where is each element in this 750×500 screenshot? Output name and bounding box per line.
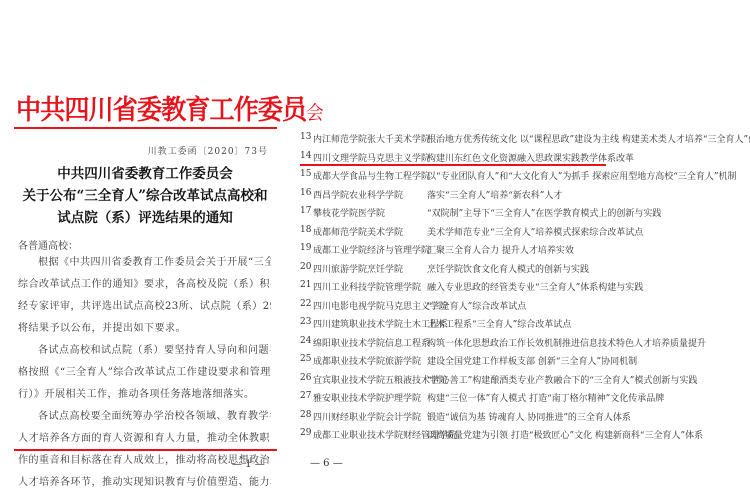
row-project: 构筑一体化思想政治工作长效机制推进信息技术特色人才培养质量提升	[427, 336, 706, 349]
document-page-6: 13内江师范学院张大千美术学院根治地方优秀传统文化 以“课程思政”建设为主线 构…	[290, 0, 750, 500]
list-row: 13内江师范学院张大千美术学院根治地方优秀传统文化 以“课程思政”建设为主线 构…	[290, 128, 750, 147]
row-school: 成都职业技术学院旅游学院	[313, 354, 421, 367]
paragraph-line: 将结果予以公布，并提出如下要求。	[18, 318, 271, 340]
salutation: 各普通高校：	[18, 237, 78, 252]
row-project: 汇聚三全育人合力 提升人才培养实效	[427, 243, 574, 256]
row-number: 28	[300, 410, 311, 420]
paragraph-line: 根据《中共四川省委教育工作委员会关于开展“三全育人”	[18, 252, 271, 274]
list-row-highlighted: 14四川文理学院马克思主义学院构建川东红色文化资源融入思政课实践教学体系改革	[290, 147, 750, 166]
row-school: 雅安职业技术学院护理学院	[313, 391, 421, 404]
row-number: 26	[300, 373, 311, 383]
list-row: 17攀枝花学院医学院“双院制”主导下“三全育人”在医学教育模式上的创新与实践	[290, 202, 750, 221]
notice-title-line-2: 关于公布“三全育人”综合改革试点高校和	[0, 184, 290, 204]
row-number: 25	[300, 354, 311, 364]
row-number: 23	[300, 317, 311, 327]
page-number-right: — 6 —	[310, 458, 343, 469]
document-page-1: 中共四川省委教育工作委员会 川教工委函〔2020〕73号 中共四川省委教育工作委…	[0, 0, 290, 500]
row-number: 16	[300, 188, 311, 198]
row-project: 根治地方优秀传统文化 以“课程思政”建设为主线 构建美术类人才培养“三全育人”体…	[427, 132, 750, 145]
row-school: 成都工业学院经济与管理学院	[313, 243, 430, 256]
row-project: 落实“三全育人”培养“新农科”人才	[427, 188, 562, 201]
list-row: 29成都工业职业技术学院财经管理学院以高质量党建为引领 打造“极致匠心”文化 构…	[290, 424, 750, 443]
footer-red-rule	[14, 449, 277, 451]
list-row: 24绵阳职业技术学院信息工程系构筑一体化思想政治工作长效机制推进信息技术特色人才…	[290, 332, 750, 351]
list-row: 16西昌学院农业科学学院落实“三全育人”培养“新农科”人才	[290, 184, 750, 203]
row-project: “三全育人”综合改革试点	[427, 299, 526, 312]
row-number: 17	[300, 206, 311, 216]
row-number: 21	[300, 280, 311, 290]
row-number: 13	[300, 132, 311, 142]
list-row: 26宜宾职业技术学院五粮液技术学院“匠心善工”构建酿酒类专业产教融合下的“三全育…	[290, 369, 750, 388]
paragraph-line: 经专家评审，共评选出试点高校23所、试点院（系）29个，现	[18, 296, 271, 318]
highlight-underline	[300, 164, 606, 166]
pilot-department-list: 13内江师范学院张大千美术学院根治地方优秀传统文化 以“课程思政”建设为主线 构…	[290, 128, 750, 443]
row-number: 24	[300, 336, 311, 346]
document-number: 川教工委函〔2020〕73号	[148, 144, 268, 157]
row-number: 22	[300, 299, 311, 309]
row-project: 以高质量党建为引领 打造“极致匠心”文化 构建新商科“三全育人”体系	[427, 428, 703, 441]
paragraph-line: 行）》开展相关工作，推动各项任务落地落细落实。	[18, 384, 271, 406]
letterhead-title: 中共四川省委教育工作委员会	[16, 88, 323, 127]
row-school: 四川旅游学院烹饪学院	[313, 262, 403, 275]
list-row: 18成都师范学院美术学院美术学师范专业“三全育人”培养模式探索综合改革试点	[290, 221, 750, 240]
list-row: 28四川财经职业学院会计学院锻造“诚信为基 铸魂育人 协同推进”的三全育人体系	[290, 406, 750, 425]
page-number-left: — 1 —	[232, 459, 265, 470]
row-project: 以“专业团队育人”和“大文化育人”为抓手 探索应用型地方高校“三全育人”机制	[427, 169, 736, 182]
paragraph-line: 人才培养各环节，推动实现知识教育与价值塑造、能力培养有机	[18, 472, 271, 494]
list-row: 20四川旅游学院烹饪学院烹饪学院饮食文化育人模式的创新与实践	[290, 258, 750, 277]
list-row: 22四川电影电视学院马克思主义学院“三全育人”综合改革试点	[290, 295, 750, 314]
row-school: 四川财经职业学院会计学院	[313, 410, 421, 423]
row-project: 建设全国党建工作样板支部 创新“三全育人”协同机制	[427, 354, 637, 367]
row-project: 构建“三位一体”育人模式 打造“南丁格尔精神”文化传承品牌	[427, 391, 664, 404]
row-school: 成都师范学院美术学院	[313, 225, 403, 238]
row-school: 成都大学食品与生物工程学院	[313, 169, 430, 182]
row-number: 14	[300, 151, 311, 161]
row-project: 构建川东红色文化资源融入思政课实践教学体系改革	[427, 151, 634, 164]
row-school: 攀枝花学院医学院	[313, 206, 385, 219]
row-number: 18	[300, 225, 311, 235]
row-project: 烹饪学院饮食文化育人模式的创新与实践	[427, 262, 589, 275]
letterhead-text: 中共四川省委教育工作委员	[16, 95, 306, 126]
row-project: 土木工程系“三全育人”综合改革试点	[427, 317, 571, 330]
row-number: 15	[300, 169, 311, 179]
row-number: 19	[300, 243, 311, 253]
paragraph-line: 综合改革试点工作的通知》要求，各高校及院（系）积极申报，	[18, 274, 271, 296]
row-school: 内江师范学院张大千美术学院	[313, 132, 430, 145]
notice-title-line-3: 试点院（系）评选结果的通知	[0, 206, 290, 226]
row-school: 绵阳职业技术学院信息工程系	[313, 336, 430, 349]
list-row: 27雅安职业技术学院护理学院构建“三位一体”育人模式 打造“南丁格尔精神”文化传…	[290, 387, 750, 406]
paragraph-1: 根据《中共四川省委教育工作委员会关于开展“三全育人” 综合改革试点工作的通知》要…	[18, 252, 271, 340]
row-school: 四川文理学院马克思主义学院	[313, 151, 430, 164]
list-row: 15成都大学食品与生物工程学院以“专业团队育人”和“大文化育人”为抓手 探索应用…	[290, 165, 750, 184]
paragraph-line: 格按照《“三全育人”综合改革试点工作建设要求和管理办法（试	[18, 362, 271, 384]
list-row: 25成都职业技术学院旅游学院建设全国党建工作样板支部 创新“三全育人”协同机制	[290, 350, 750, 369]
row-number: 20	[300, 262, 311, 272]
list-row: 23四川建筑职业技术学院土木工程系土木工程系“三全育人”综合改革试点	[290, 313, 750, 332]
row-school: 西昌学院农业科学学院	[313, 188, 403, 201]
row-number: 29	[300, 428, 311, 438]
paragraph-line: 各试点高校和试点院（系）要坚持育人导向和问题导向，严	[18, 340, 271, 362]
paragraph-line: 各试点高校要全面统筹办学治校各领域、教育教学各环节、	[18, 406, 271, 428]
row-school: 四川工业科技学院管理学院	[313, 280, 421, 293]
row-project: “匠心善工”构建酿酒类专业产教融合下的“三全育人”模式创新与实践	[427, 373, 697, 386]
paragraph-line: 人才培养各方面的育人资源和育人力量，推动全体教职员工把工	[18, 428, 271, 450]
notice-title-line-1: 中共四川省委教育工作委员会	[0, 162, 290, 182]
row-project: 锻造“诚信为基 铸魂育人 协同推进”的三全育人体系	[427, 410, 631, 423]
row-project: 美术学师范专业“三全育人”培养模式探索综合改革试点	[427, 225, 643, 238]
letterhead-red-rule	[14, 127, 277, 129]
list-row: 21四川工业科技学院管理学院融入专业思政的经管类专业“三全育人”体系构建与实践	[290, 276, 750, 295]
row-project: “双院制”主导下“三全育人”在医学教育模式上的创新与实践	[427, 206, 661, 219]
row-number: 27	[300, 391, 311, 401]
paragraph-2: 各试点高校和试点院（系）要坚持育人导向和问题导向，严 格按照《“三全育人”综合改…	[18, 340, 271, 406]
list-row: 19成都工业学院经济与管理学院汇聚三全育人合力 提升人才培养实效	[290, 239, 750, 258]
row-project: 融入专业思政的经管类专业“三全育人”体系构建与实践	[427, 280, 643, 293]
